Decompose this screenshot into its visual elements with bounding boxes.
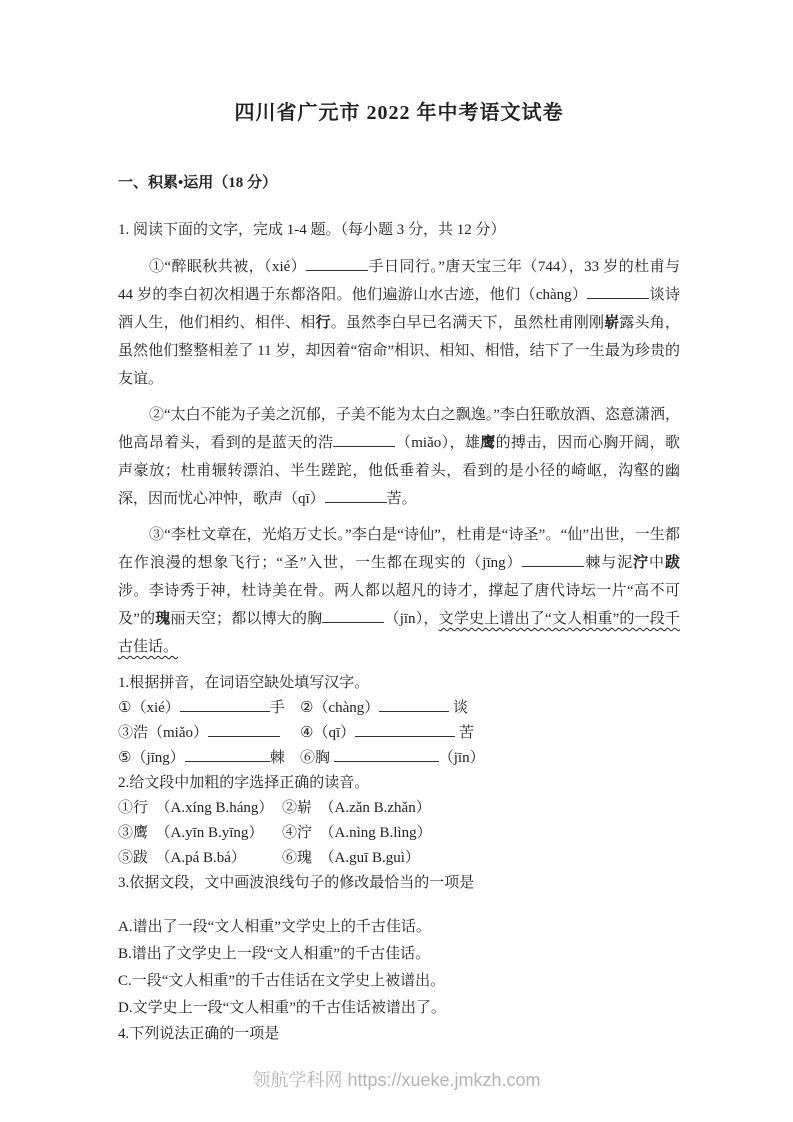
text-segment: 中 xyxy=(649,555,665,571)
text-segment: 行 xyxy=(316,315,331,331)
fill-in-blank xyxy=(322,608,384,623)
sub-question-4-stem: 4.下列说法正确的一项是 xyxy=(118,1022,680,1047)
q2-item-4: ④泞 （A.nìng B.lìng） xyxy=(282,821,680,846)
q3-option-b: B.谱出了文学史上一段“文人相重”的千古佳话。 xyxy=(118,941,680,968)
text-segment: 苦 xyxy=(455,725,474,741)
fill-in-blank xyxy=(306,256,368,271)
text-segment: 泞 xyxy=(633,555,649,571)
text-segment: （jīn）， xyxy=(384,611,438,627)
watermark-footer: 领航学科网 https://xueke.jmkzh.com xyxy=(0,1066,793,1092)
text-segment: ①“醉眠秋共被，（xié） xyxy=(149,259,306,275)
sub-question-1-stem: 1.根据拼音，在词语空缺处填写汉字。 xyxy=(118,671,680,696)
q1-item-2: ②（chàng） 谈 xyxy=(300,696,680,721)
text-segment: ④（qī） xyxy=(300,725,355,741)
fill-in-blank xyxy=(180,697,270,712)
passage-paragraph-2: ②“太白不能为子美之沉郁，子美不能为太白之飘逸。”李白狂歌放酒、恣意潇洒，他高昂… xyxy=(118,401,680,513)
sub-question-3-stem: 3.依据文段，文中画波浪线句子的修改最恰当的一项是 xyxy=(118,871,680,896)
fill-in-blank xyxy=(325,488,387,503)
text-segment: 跋 xyxy=(665,555,680,571)
fill-in-blank xyxy=(355,722,455,737)
fill-in-blank xyxy=(333,432,395,447)
q1-item-6: ⑥胸 （jīn） xyxy=(300,746,680,771)
fill-in-blank xyxy=(334,747,439,762)
q3-option-d: D.文学史上一段“文人相重”的千古佳话被谱出了。 xyxy=(118,995,680,1022)
q2-item-5: ⑤跋 （A.pá B.bá） xyxy=(118,846,282,871)
page-title: 四川省广元市 2022 年中考语文试卷 xyxy=(118,96,680,125)
q1-item-1: ①（xié）手 xyxy=(118,696,300,721)
fill-in-blank xyxy=(208,722,280,737)
text-segment: 棘与泥 xyxy=(584,555,633,571)
section-heading: 一、积累•运用（18 分） xyxy=(118,171,680,192)
q1-item-3: ③浩（miǎo） xyxy=(118,721,300,746)
q3-option-a: A.谱出了一段“文人相重”文学史上的千古佳话。 xyxy=(118,914,680,941)
fill-in-blank xyxy=(379,697,449,712)
fill-in-blank xyxy=(587,284,649,299)
sub-question-2-items: ①行 （A.xíng B.háng） ②崭 （A.zǎn B.zhǎn） ③鹰 … xyxy=(118,796,680,871)
sub-question-2-stem: 2.给文段中加粗的字选择正确的读音。 xyxy=(118,771,680,796)
text-segment: ③浩（miǎo） xyxy=(118,725,208,741)
q2-item-3: ③鹰 （A.yīn B.yīng） xyxy=(118,821,282,846)
text-segment: 手 xyxy=(270,700,285,716)
sub-question-1-items: ①（xié）手 ②（chàng） 谈 ③浩（miǎo） ④（qī） 苦 ⑤（jī… xyxy=(118,696,680,771)
text-segment: 崭 xyxy=(604,315,619,331)
text-segment: 棘 xyxy=(270,750,285,766)
q2-item-2: ②崭 （A.zǎn B.zhǎn） xyxy=(282,796,680,821)
text-segment: ⑥胸 xyxy=(300,750,334,766)
text-segment: ⑤（jīng） xyxy=(118,750,185,766)
text-segment: ②（chàng） xyxy=(300,700,379,716)
q1-item-5: ⑤（jīng）棘 xyxy=(118,746,300,771)
text-segment: 鹰 xyxy=(480,435,495,451)
text-segment: 苦。 xyxy=(387,491,417,507)
q1-item-4: ④（qī） 苦 xyxy=(300,721,680,746)
sub-questions: 1.根据拼音，在词语空缺处填写汉字。 ①（xié）手 ②（chàng） 谈 ③浩… xyxy=(118,671,680,1047)
passage-paragraph-1: ①“醉眠秋共被，（xié）手日同行。”唐天宝三年（744），33 岁的杜甫与 4… xyxy=(118,253,680,393)
fill-in-blank xyxy=(522,552,584,567)
sub-question-3-options: A.谱出了一段“文人相重”文学史上的千古佳话。 B.谱出了文学史上一段“文人相重… xyxy=(118,914,680,1022)
passage-paragraph-3: ③“李杜文章在，光焰万丈长。”李白是“诗仙”，杜甫是“诗圣”。“仙”出世，一生都… xyxy=(118,521,680,661)
text-segment: ①（xié） xyxy=(118,700,180,716)
text-segment: 。虽然李白早已名满天下，虽然杜甫刚刚 xyxy=(331,315,604,331)
text-segment: （jīn） xyxy=(439,750,485,766)
fill-in-blank xyxy=(185,747,270,762)
q2-item-6: ⑥瑰 （A.guī B.guì） xyxy=(282,846,680,871)
text-segment: （miǎo），雄 xyxy=(395,435,480,451)
text-segment: 丽天空；都以博大的胸 xyxy=(170,611,322,627)
question-1-intro: 1. 阅读下面的文字，完成 1-4 题。（每小题 3 分，共 12 分） xyxy=(118,218,680,239)
q3-option-c: C.一段“文人相重”的千古佳话在文学史上被谱出。 xyxy=(118,968,680,995)
q2-item-1: ①行 （A.xíng B.háng） xyxy=(118,796,282,821)
exam-page: 四川省广元市 2022 年中考语文试卷 一、积累•运用（18 分） 1. 阅读下… xyxy=(0,0,793,1122)
text-segment: 谈 xyxy=(449,700,468,716)
text-segment: 瑰 xyxy=(155,611,170,627)
page-content: 四川省广元市 2022 年中考语文试卷 一、积累•运用（18 分） 1. 阅读下… xyxy=(118,0,680,1047)
